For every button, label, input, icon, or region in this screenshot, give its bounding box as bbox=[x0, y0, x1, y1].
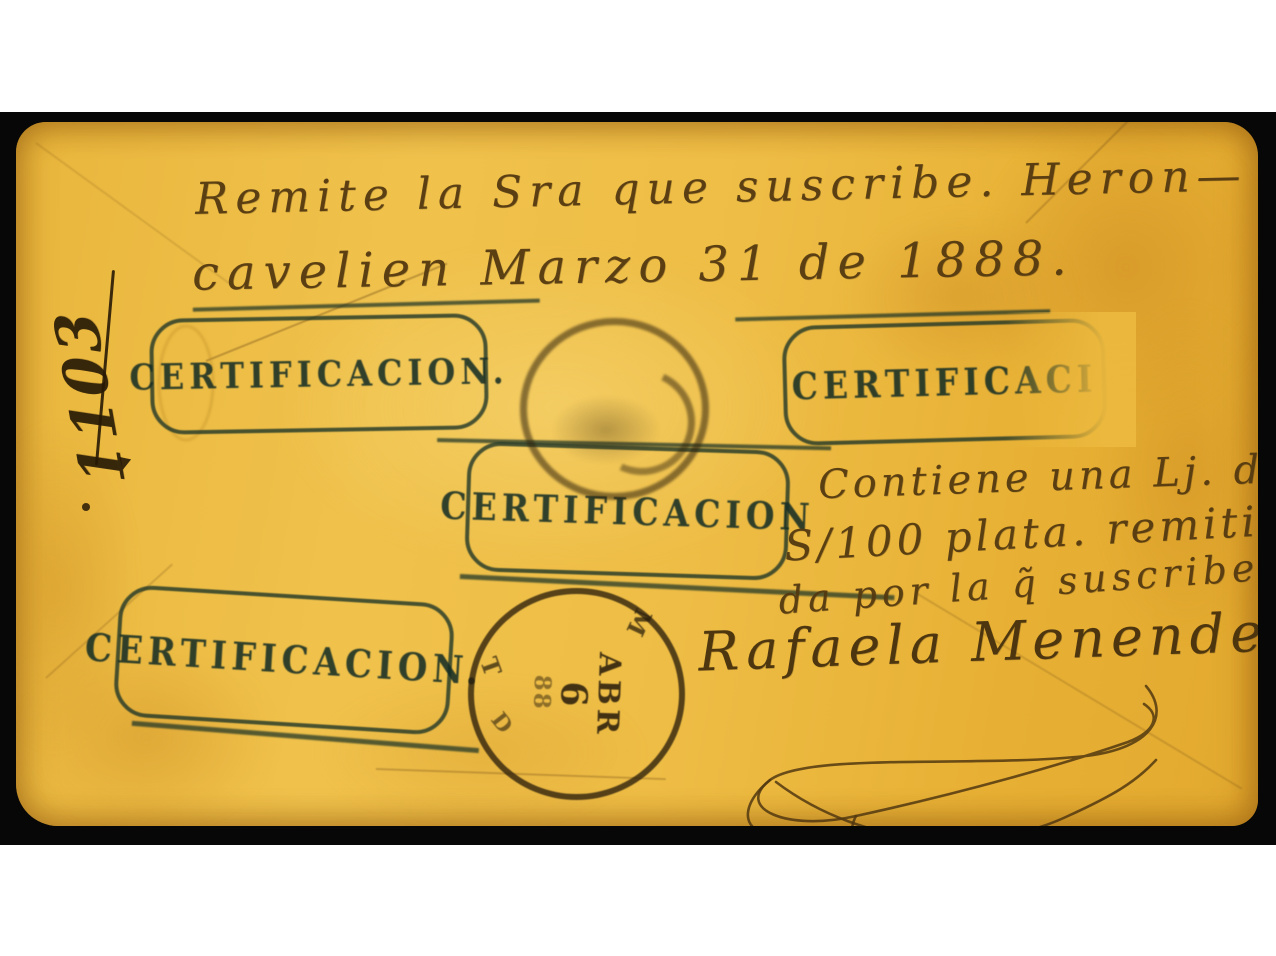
certification-stamp-lower-left: CERTIFICACION. bbox=[112, 584, 455, 736]
handwriting-line-2: cavelien Marzo 31 de 1888. bbox=[192, 230, 1075, 301]
photo-of-envelope: Remite la Sra que suscribe. Heron— cavel… bbox=[0, 0, 1276, 956]
ink-dot bbox=[82, 503, 90, 511]
double-strike-line bbox=[132, 721, 479, 753]
datestamp-day: 6 bbox=[553, 681, 592, 707]
smudged-circular-postmark bbox=[520, 318, 709, 500]
certification-stamp-label: CERTIFICACION. bbox=[84, 625, 485, 694]
docket-stroke-arrowhead bbox=[117, 457, 131, 471]
postmark-smudge bbox=[551, 395, 661, 465]
datestamp-year: 88 bbox=[529, 674, 554, 711]
datestamp-month: ABR bbox=[590, 652, 624, 739]
double-strike-line bbox=[735, 309, 1050, 321]
handwriting-line-1: Remite la Sra que suscribe. Heron— bbox=[195, 150, 1248, 225]
contents-note-line-1: Contiene una Lj. de bbox=[817, 446, 1258, 508]
certification-stamp-label: CERTIFICACI bbox=[791, 356, 1098, 408]
certification-stamp-label: CERTIFICACION. bbox=[129, 349, 509, 398]
envelope-back: Remite la Sra que suscribe. Heron— cavel… bbox=[16, 122, 1258, 826]
signature-flourish bbox=[716, 664, 1176, 826]
certification-stamp-upper-left: CERTIFICACION. bbox=[149, 313, 489, 435]
circular-datestamp: ABR 6 88 M T D bbox=[468, 588, 685, 800]
certification-stamp-upper-right: CERTIFICACI bbox=[781, 318, 1107, 446]
